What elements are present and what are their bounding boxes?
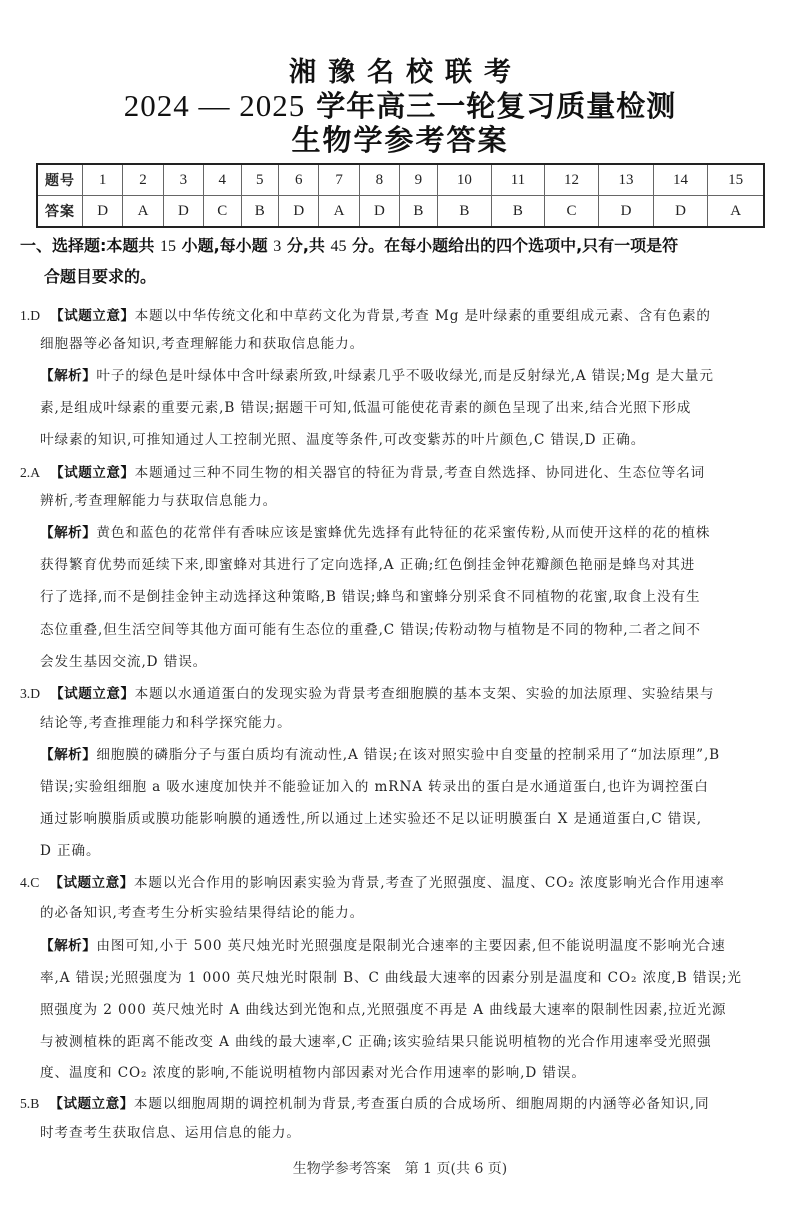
item-text-line: 会发生基因交流,D 错误。	[40, 650, 207, 670]
answer-cell: D	[599, 196, 654, 228]
item-number: 5.B	[20, 1096, 39, 1111]
analysis-tag: 【解析】	[40, 938, 96, 954]
answer-item-1: 1.D【试题立意】本题以中华传统文化和中草药文化为背景,考查 Mg 是叶绿素的重…	[20, 304, 711, 324]
total-points: 45	[330, 238, 346, 255]
question-number: 10	[437, 164, 492, 196]
page-number: 第 1 页(共 6 页)	[405, 1161, 508, 1177]
question-number: 4	[204, 164, 242, 196]
answer-item-2: 2.A【试题立意】本题通过三种不同生物的相关器官的特征为背景,考查自然选择、协同…	[20, 461, 705, 481]
item-analysis: 【解析】黄色和蓝色的花常伴有香味应该是蜜蜂优先选择有此特征的花采蜜传粉,从而使开…	[40, 521, 710, 541]
item-text-line: 率,A 错误;光照强度为 1 000 英尺烛光时限制 B、C 曲线最大速率的因素…	[40, 966, 742, 986]
item-number: 4.C	[20, 875, 39, 890]
question-number: 13	[599, 164, 654, 196]
item-text-line: 获得繁育优势而延续下来,即蜜蜂对其进行了定向选择,A 正确;红色倒挂金钟花瓣颜色…	[40, 553, 695, 573]
row-label-question: 题号	[37, 164, 83, 196]
item-number: 3.D	[20, 686, 40, 701]
document-title: 生物学参考答案	[0, 118, 800, 159]
item-text-line: 错误;实验组细胞 a 吸水速度加快并不能验证加入的 mRNA 转录出的蛋白是水通…	[40, 775, 709, 795]
question-number: 15	[708, 164, 764, 196]
item-text-line: 行了选择,而不是倒挂金钟主动选择这种策略,B 错误;蜂鸟和蜜蜂分别采食不同植物的…	[40, 585, 700, 605]
item-analysis: 【解析】细胞膜的磷脂分子与蛋白质均有流动性,A 错误;在该对照实验中自变量的控制…	[40, 743, 720, 763]
section-heading: 一、选择题:本题共 15 小题,每小题 3 分,共 45 分。在每小题给出的四个…	[20, 233, 785, 256]
answer-cell: C	[204, 196, 242, 228]
question-number: 5	[241, 164, 279, 196]
points-each: 3	[273, 238, 281, 255]
item-analysis: 【解析】由图可知,小于 500 英尺烛光时光照强度是限制光合速率的主要因素,但不…	[40, 934, 726, 954]
question-count: 15	[160, 238, 176, 255]
item-number: 2.A	[20, 465, 40, 480]
answer-row: 答案 D A D C B D A D B B B C D D A	[37, 196, 764, 228]
answer-cell: B	[492, 196, 545, 228]
answer-cell: D	[279, 196, 319, 228]
item-text-line: 细胞器等必备知识,考查理解能力和获取信息能力。	[40, 332, 364, 352]
item-text-line: 辨析,考查理解能力与获取信息能力。	[40, 489, 277, 509]
question-number: 2	[123, 164, 163, 196]
analysis-tag: 【解析】	[40, 368, 96, 384]
question-number: 8	[359, 164, 399, 196]
item-text-line: 的必备知识,考查考生分析实验结果得结论的能力。	[40, 901, 364, 921]
item-text-line: 态位重叠,但生活空间等其他方面可能有生态位的重叠,C 错误;传粉动物与植物是不同…	[40, 618, 701, 638]
question-number: 3	[163, 164, 203, 196]
question-number: 6	[279, 164, 319, 196]
answer-item-3: 3.D【试题立意】本题以水通道蛋白的发现实验为背景考查细胞膜的基本支架、实验的加…	[20, 682, 714, 702]
question-number: 1	[83, 164, 123, 196]
analysis-tag: 【解析】	[40, 525, 96, 541]
item-analysis: 【解析】叶子的绿色是叶绿体中含叶绿素所致,叶绿素几乎不吸收绿光,而是反射绿光,A…	[40, 364, 714, 384]
item-text-line: 度、温度和 CO₂ 浓度的影响,不能说明植物内部因素对光合作用速率的影响,D 错…	[40, 1061, 586, 1081]
answer-cell: A	[708, 196, 764, 228]
answer-cell: D	[83, 196, 123, 228]
answer-item-4: 4.C【试题立意】本题以光合作用的影响因素实验为背景,考查了光照强度、温度、CO…	[20, 871, 725, 891]
question-number-row: 题号 1 2 3 4 5 6 7 8 9 10 11 12 13 14 15	[37, 164, 764, 196]
intent-tag: 【试题立意】	[49, 875, 134, 891]
answer-cell: B	[437, 196, 492, 228]
answer-key-table: 题号 1 2 3 4 5 6 7 8 9 10 11 12 13 14 15 答…	[36, 163, 765, 228]
intent-tag: 【试题立意】	[49, 1096, 134, 1112]
answer-cell: D	[359, 196, 399, 228]
intent-tag: 【试题立意】	[50, 465, 135, 481]
item-text-line: 与被测植株的距离不能改变 A 曲线的最大速率,C 正确;该实验结果只能说明植物的…	[40, 1030, 712, 1050]
answer-cell: A	[319, 196, 359, 228]
footer-doc-name: 生物学参考答案	[293, 1161, 391, 1177]
intent-tag: 【试题立意】	[50, 686, 135, 702]
item-text-line: 结论等,考查推理能力和科学探究能力。	[40, 711, 292, 731]
intent-tag: 【试题立意】	[50, 308, 135, 324]
item-text-line: 通过影响膜脂质或膜功能影响膜的通透性,所以通过上述实验还不足以证明膜蛋白 X 是…	[40, 807, 702, 827]
page-footer: 生物学参考答案第 1 页(共 6 页)	[0, 1158, 800, 1178]
answer-cell: B	[241, 196, 279, 228]
question-number: 9	[400, 164, 438, 196]
answer-cell: B	[400, 196, 438, 228]
section-heading-continued: 合题目要求的。	[44, 264, 800, 287]
answer-cell: A	[123, 196, 163, 228]
analysis-tag: 【解析】	[40, 747, 96, 763]
question-number: 11	[492, 164, 545, 196]
item-text-line: 时考查考生获取信息、运用信息的能力。	[40, 1121, 301, 1141]
question-number: 7	[319, 164, 359, 196]
answer-cell: D	[653, 196, 708, 228]
answer-item-5: 5.B【试题立意】本题以细胞周期的调控机制为背景,考查蛋白质的合成场所、细胞周期…	[20, 1092, 710, 1112]
item-text-line: 叶绿素的知识,可推知通过人工控制光照、温度等条件,可改变紫苏的叶片颜色,C 错误…	[40, 428, 645, 448]
item-text-line: 照强度为 2 000 英尺烛光时 A 曲线达到光饱和点,光照强度不再是 A 曲线…	[40, 998, 726, 1018]
item-number: 1.D	[20, 308, 40, 323]
answer-cell: D	[163, 196, 203, 228]
item-text-line: 素,是组成叶绿素的重要元素,B 错误;据题干可知,低温可能使花青素的颜色呈现了出…	[40, 396, 691, 416]
question-number: 12	[544, 164, 599, 196]
answer-cell: C	[544, 196, 599, 228]
item-text-line: D 正确。	[40, 839, 101, 859]
row-label-answer: 答案	[37, 196, 83, 228]
question-number: 14	[653, 164, 708, 196]
